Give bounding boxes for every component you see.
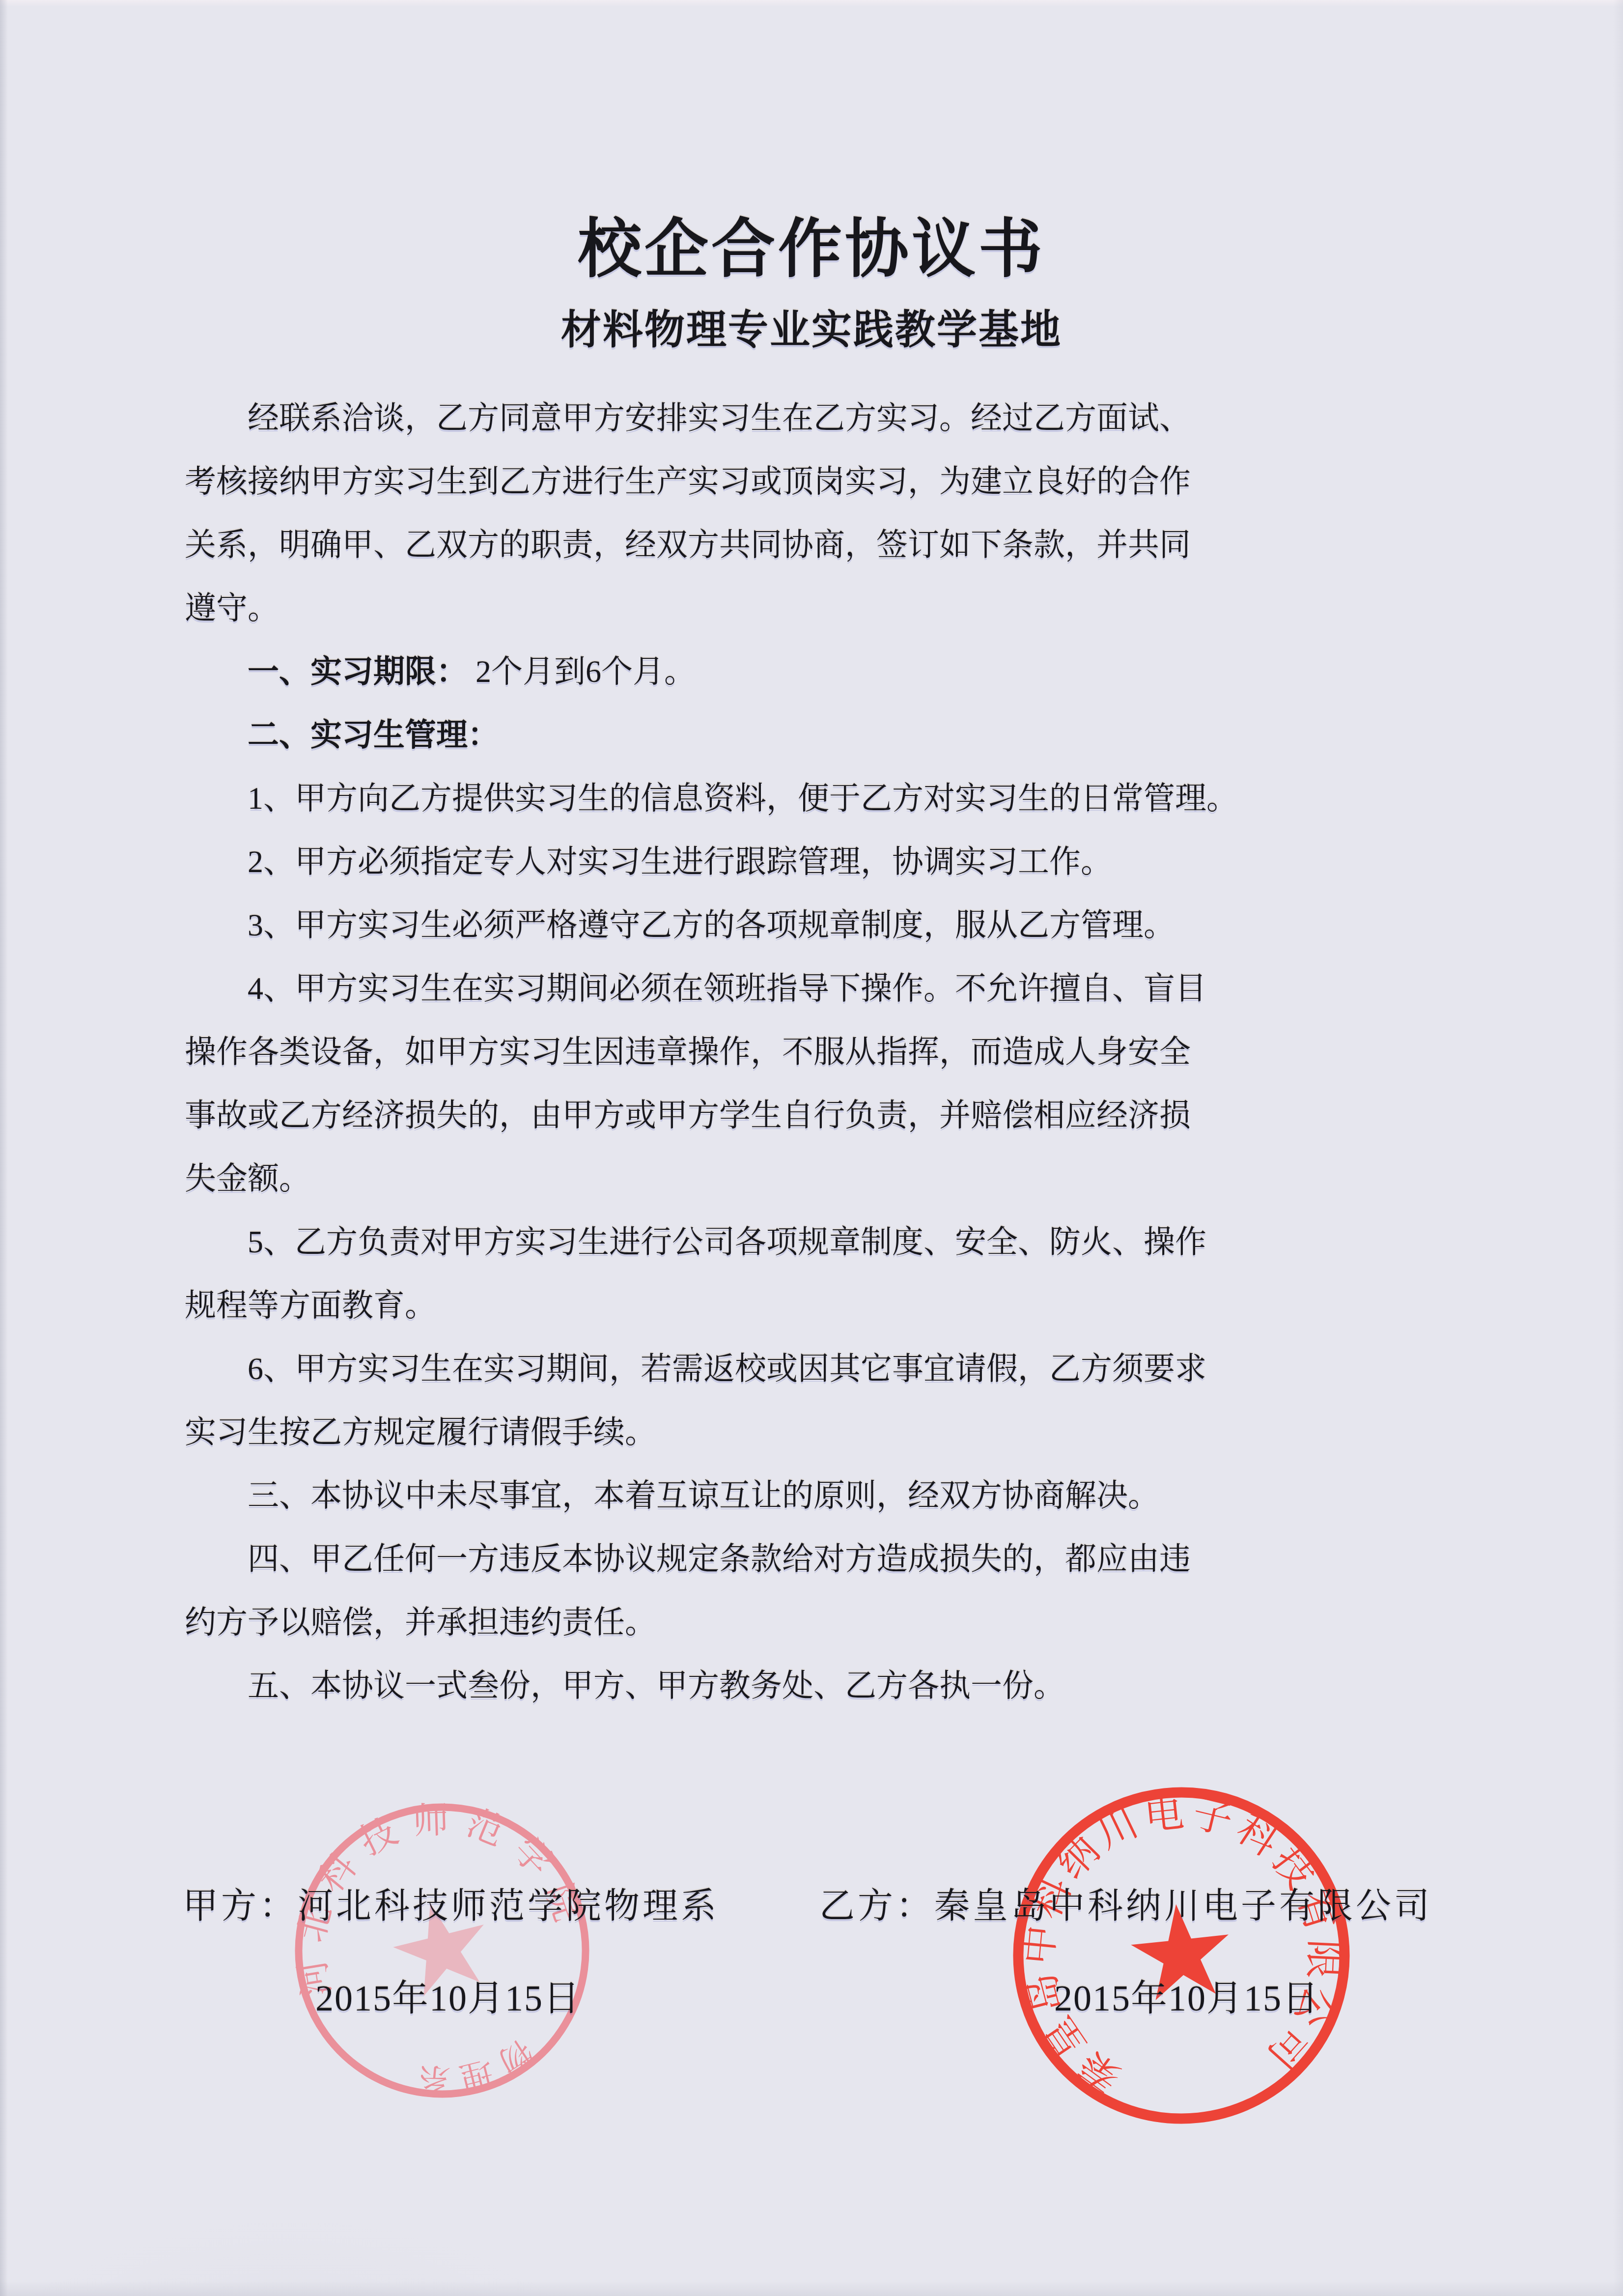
body-line-text: 规程等方面教育。 xyxy=(185,1288,436,1323)
body-line-text: 1、甲方向乙方提供实习生的信息资料，便于乙方对实习生的日常管理。 xyxy=(248,781,1238,816)
page-subtitle: 材料物理专业实践教学基地 xyxy=(0,298,1623,355)
seal-a-bottom-text: 物理系 xyxy=(401,2030,542,2103)
body-line-text: 4、甲方实习生在实习期间必须在领班指导下操作。不允许擅自、盲目 xyxy=(248,971,1206,1006)
body-line-text: 考核接纳甲方实习生到乙方进行生产实习或顶岗实习，为建立良好的合作 xyxy=(185,464,1191,499)
body-line-text: 实习生按乙方规定履行请假手续。 xyxy=(185,1415,656,1449)
scanned-contract-page: { "document": { "title": "校企合作协议书", "sub… xyxy=(0,0,1623,2296)
body-line: 关系，明确甲、乙双方的职责，经双方共同协商，签订如下条款，并共同 xyxy=(185,513,1474,576)
party-b-date: 2015年10月15日 xyxy=(1054,1969,1319,2021)
body-line-text: 2个月到6个月。 xyxy=(468,654,696,689)
body-line-text: 五、本协议一式叁份，甲方、甲方教务处、乙方各执一份。 xyxy=(248,1668,1065,1703)
body-line-text: 三、本协议中未尽事宜，本着互谅互让的原则，经双方协商解决。 xyxy=(248,1478,1159,1513)
body-line: 1、甲方向乙方提供实习生的信息资料，便于乙方对实习生的日常管理。 xyxy=(185,766,1474,830)
body-line: 实习生按乙方规定履行请假手续。 xyxy=(185,1400,1474,1464)
body-line-text: 约方予以赔偿，并承担违约责任。 xyxy=(185,1605,656,1640)
body-line: 2、甲方必须指定专人对实习生进行跟踪管理，协调实习工作。 xyxy=(185,830,1474,893)
body-line: 4、甲方实习生在实习期间必须在领班指导下操作。不允许擅自、盲目 xyxy=(185,957,1474,1020)
body-line: 经联系洽谈，乙方同意甲方安排实习生在乙方实习。经过乙方面试、 xyxy=(185,386,1474,450)
body-text: 经联系洽谈，乙方同意甲方安排实习生在乙方实习。经过乙方面试、考核接纳甲方实习生到… xyxy=(185,386,1474,1717)
page-title: 校企合作协议书 xyxy=(0,198,1623,289)
body-line-text: 操作各类设备，如甲方实习生因违章操作，不服从指挥，而造成人身安全 xyxy=(185,1034,1191,1069)
body-line: 操作各类设备，如甲方实习生因违章操作，不服从指挥，而造成人身安全 xyxy=(185,1020,1474,1083)
body-line: 一、实习期限： 2个月到6个月。 xyxy=(185,640,1474,703)
body-line: 3、甲方实习生必须严格遵守乙方的各项规章制度，服从乙方管理。 xyxy=(185,893,1474,957)
body-line: 二、实习生管理： xyxy=(185,703,1474,766)
party-a-seal-icon: 河北科技师范学院 物理系 xyxy=(290,1798,594,2103)
body-line-text: 5、乙方负责对甲方实习生进行公司各项规章制度、安全、防火、操作 xyxy=(248,1224,1206,1259)
body-line-text: 四、甲乙任何一方违反本协议规定条款给对方造成损失的，都应由违 xyxy=(248,1541,1191,1576)
body-line: 五、本协议一式叁份，甲方、甲方教务处、乙方各执一份。 xyxy=(185,1654,1474,1717)
party-a-signature: 甲方：河北科技师范学院物理系 xyxy=(183,1877,719,1928)
svg-text:物理系: 物理系 xyxy=(401,2030,542,2103)
body-line-heading: 二、实习生管理： xyxy=(248,717,499,752)
body-line: 约方予以赔偿，并承担违约责任。 xyxy=(185,1590,1474,1654)
body-line: 规程等方面教育。 xyxy=(185,1274,1474,1337)
body-line-text: 2、甲方必须指定专人对实习生进行跟踪管理，协调实习工作。 xyxy=(248,844,1112,879)
party-a-date: 2015年10月15日 xyxy=(315,1969,581,2021)
body-line-text: 遵守。 xyxy=(185,591,279,625)
body-line-text: 事故或乙方经济损失的，由甲方或甲方学生自行负责，并赔偿相应经济损 xyxy=(185,1098,1191,1133)
body-line: 三、本协议中未尽事宜，本着互谅互让的原则，经双方协商解决。 xyxy=(185,1464,1474,1527)
body-line: 考核接纳甲方实习生到乙方进行生产实习或顶岗实习，为建立良好的合作 xyxy=(185,450,1474,513)
body-line: 5、乙方负责对甲方实习生进行公司各项规章制度、安全、防火、操作 xyxy=(185,1210,1474,1274)
body-line: 6、甲方实习生在实习期间，若需返校或因其它事宜请假，乙方须要求 xyxy=(185,1337,1474,1400)
body-line: 遵守。 xyxy=(185,576,1474,640)
body-line-text: 经联系洽谈，乙方同意甲方安排实习生在乙方实习。经过乙方面试、 xyxy=(248,400,1191,435)
body-line: 失金额。 xyxy=(185,1147,1474,1210)
body-line: 四、甲乙任何一方违反本协议规定条款给对方造成损失的，都应由违 xyxy=(185,1527,1474,1590)
body-line-heading: 一、实习期限： xyxy=(248,654,468,689)
body-line-text: 关系，明确甲、乙双方的职责，经双方共同协商，签订如下条款，并共同 xyxy=(185,527,1191,562)
body-line-text: 3、甲方实习生必须严格遵守乙方的各项规章制度，服从乙方管理。 xyxy=(248,907,1175,942)
body-line: 事故或乙方经济损失的，由甲方或甲方学生自行负责，并赔偿相应经济损 xyxy=(185,1083,1474,1147)
party-b-signature: 乙方：秦皇岛中科纳川电子有限公司 xyxy=(819,1877,1432,1928)
body-line-text: 6、甲方实习生在实习期间，若需返校或因其它事宜请假，乙方须要求 xyxy=(248,1351,1206,1386)
party-b-seal-icon: 秦皇岛中科纳川电子科技有限公司 xyxy=(1005,1779,1358,2132)
body-line-text: 失金额。 xyxy=(185,1161,310,1196)
